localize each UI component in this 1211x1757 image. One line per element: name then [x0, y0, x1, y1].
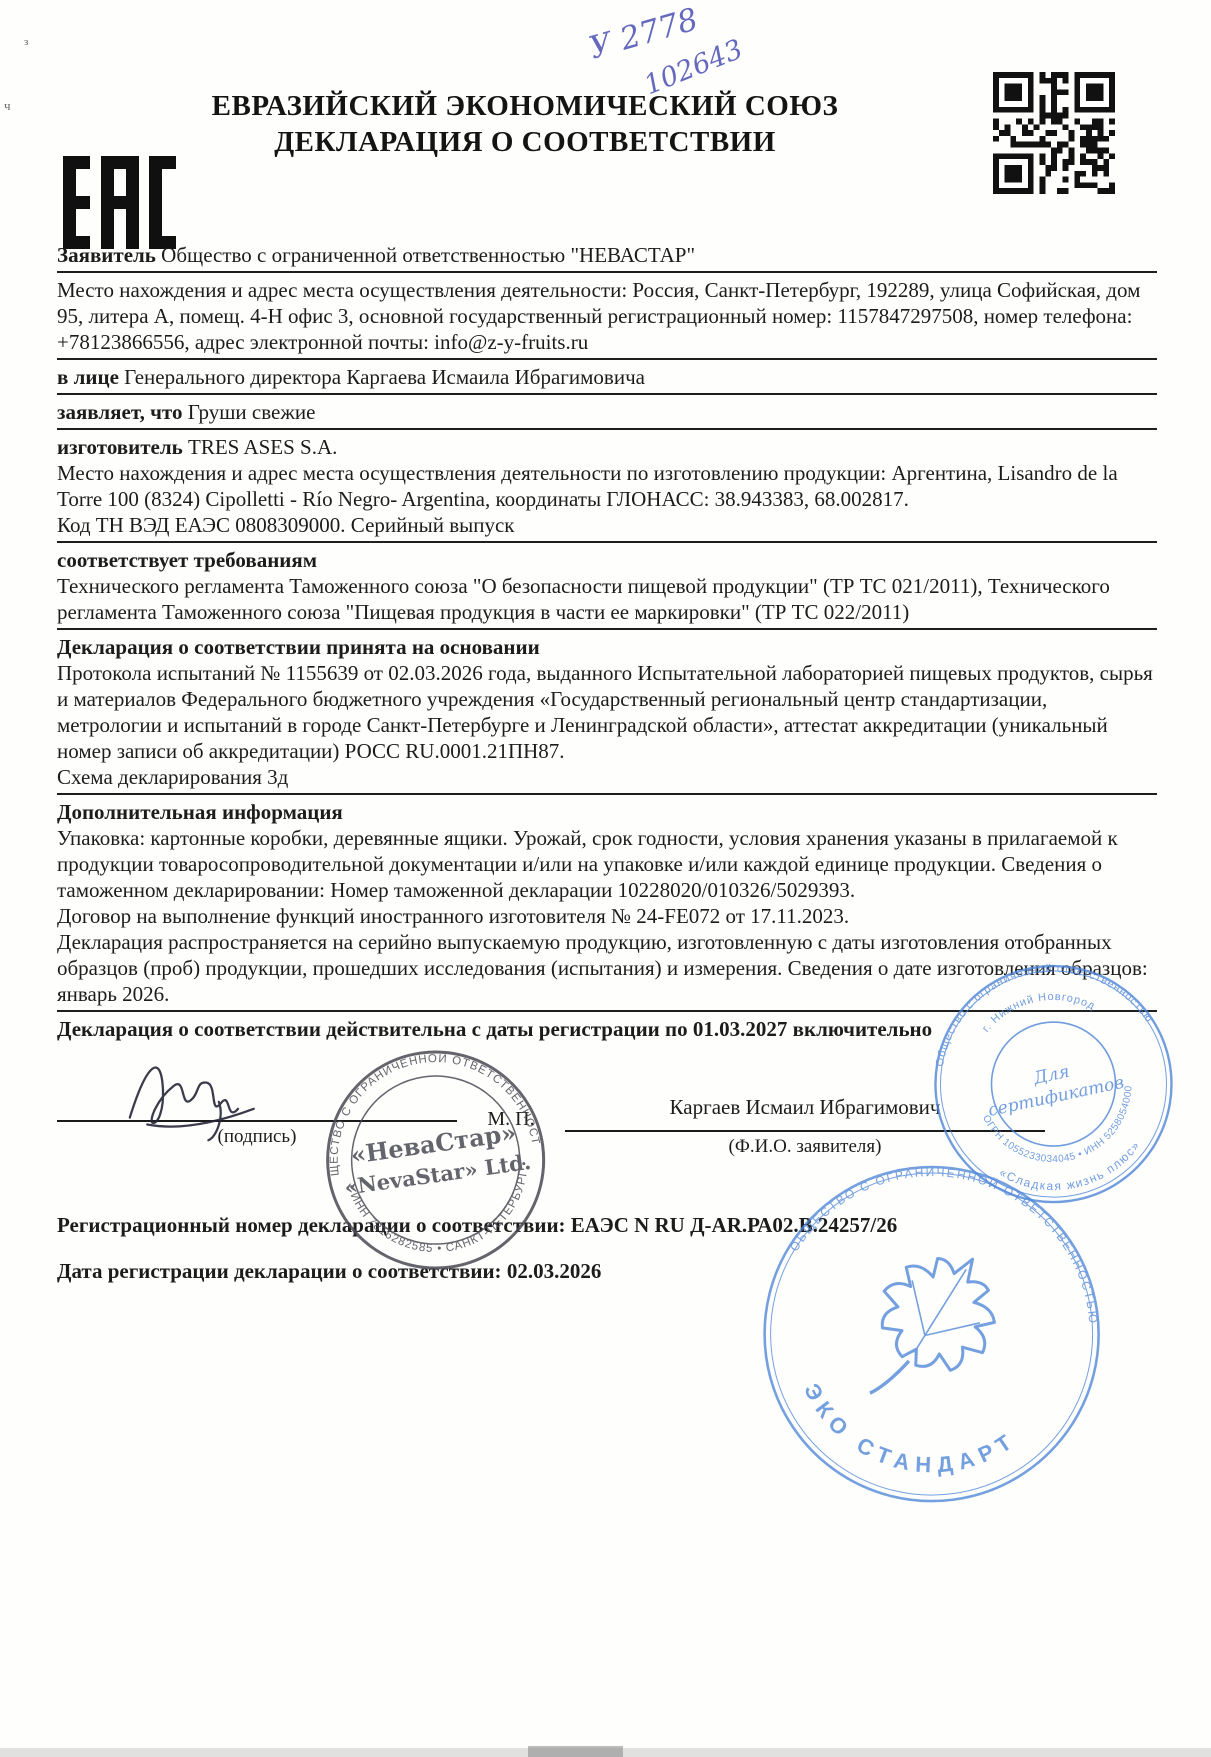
manufacturer-line: изготовитель TRES ASES S.A. [57, 434, 1157, 460]
rule-divider [57, 628, 1157, 630]
reg-number-label: Регистрационный номер декларации о соотв… [57, 1213, 566, 1237]
declares-line: заявляет, что Груши свежие [57, 399, 1157, 425]
signature-block: (подпись) М. П. Каргаев Исмаил Ибрагимов… [57, 1084, 1157, 1160]
reg-date-value: 02.03.2026 [507, 1259, 602, 1283]
rule-divider [57, 428, 1157, 430]
document-header: ЕВРАЗИЙСКИЙ ЭКОНОМИЧЕСКИЙ СОЮЗ ДЕКЛАРАЦИ… [130, 88, 920, 160]
scan-edge-smudge [528, 1746, 623, 1757]
union-title: ЕВРАЗИЙСКИЙ ЭКОНОМИЧЕСКИЙ СОЮЗ [130, 88, 920, 124]
applicant-address: Место нахождения и адрес места осуществл… [57, 277, 1157, 355]
declares-value: Груши свежие [188, 400, 316, 424]
manufacturer-address: Место нахождения и адрес места осуществл… [57, 460, 1157, 512]
in-person-line: в лице Генерального директора Каргаева И… [57, 364, 1157, 390]
rule-divider [57, 358, 1157, 360]
basis-heading: Декларация о соответствии принята на осн… [57, 634, 1157, 660]
rule-divider [57, 541, 1157, 543]
signature-line [57, 1084, 457, 1122]
rule-divider [57, 393, 1157, 395]
declares-label: заявляет, что [57, 400, 182, 424]
manufacturer-value: TRES ASES S.A. [188, 435, 337, 459]
eac-mark-icon [63, 155, 176, 255]
fio-name: Каргаев Исмаил Ибрагимович [565, 1084, 1045, 1132]
applicant-value: Общество с ограниченной ответственностью… [161, 243, 695, 267]
additional-text-1: Упаковка: картонные коробки, деревянные … [57, 825, 1157, 903]
in-person-label: в лице [57, 365, 119, 389]
document-page: з ч У 2778 102643 ЕВРАЗИЙСКИЙ ЭКОНОМИЧЕС… [0, 0, 1211, 1757]
regulations-text: Технического регламента Таможенного союз… [57, 573, 1157, 625]
rule-divider [57, 271, 1157, 273]
in-person-value: Генерального директора Каргаева Исмаила … [124, 365, 645, 389]
additional-heading: Дополнительная информация [57, 799, 1157, 825]
complies-heading: соответствует требованиям [57, 547, 1157, 573]
basis-text: Протокола испытаний № 1155639 от 02.03.2… [57, 660, 1157, 764]
document-body: Заявитель Общество с ограниченной ответс… [57, 242, 1157, 1284]
qr-code-icon [993, 72, 1115, 199]
tn-ved-line: Код ТН ВЭД ЕАЭС 0808309000. Серийный вып… [57, 512, 1157, 538]
reg-date-label: Дата регистрации декларации о соответств… [57, 1259, 502, 1283]
applicant-label: Заявитель [57, 243, 156, 267]
signature-column: (подпись) [57, 1084, 457, 1160]
applicant-line: Заявитель Общество с ограниченной ответс… [57, 242, 1157, 268]
validity-line: Декларация о соответствии действительна … [57, 1016, 1157, 1042]
reg-number-line: Регистрационный номер декларации о соотв… [57, 1212, 1157, 1238]
manufacturer-label: изготовитель [57, 435, 183, 459]
rule-divider [57, 793, 1157, 795]
eco-stamp-arc-text: ЭКО СТАНДАРТ [786, 1375, 1026, 1501]
scan-artifact: з [24, 36, 28, 48]
scan-artifact: ч [4, 98, 11, 114]
svg-text:ЭКО СТАНДАРТ: ЭКО СТАНДАРТ [786, 1375, 1026, 1501]
additional-text-3: Декларация распространяется на серийно в… [57, 929, 1157, 1007]
additional-text-2: Договор на выполнение функций иностранно… [57, 903, 1157, 929]
fio-column: Каргаев Исмаил Ибрагимович (Ф.И.О. заяви… [565, 1084, 1045, 1160]
reg-date-line: Дата регистрации декларации о соответств… [57, 1258, 1157, 1284]
mp-mark: М. П. [457, 1106, 565, 1160]
signature-ink [112, 1046, 282, 1142]
rule-divider [57, 1010, 1157, 1012]
fio-caption: (Ф.И.О. заявителя) [565, 1134, 1045, 1160]
doc-type-title: ДЕКЛАРАЦИЯ О СООТВЕТСТВИИ [130, 124, 920, 160]
scheme-line: Схема декларирования 3д [57, 764, 1157, 790]
reg-number-value: ЕАЭС N RU Д-AR.РА02.В.24257/26 [571, 1213, 897, 1237]
